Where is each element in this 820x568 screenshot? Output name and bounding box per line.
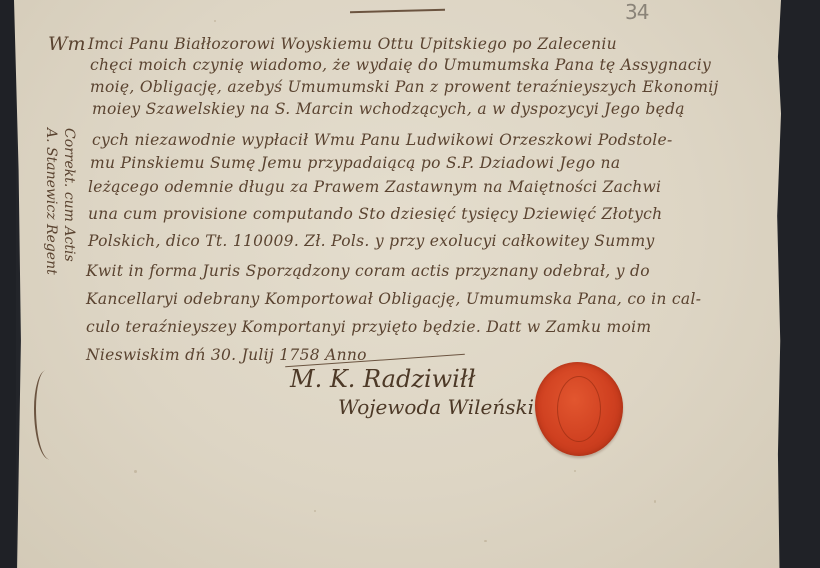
margin-note-line: Correkt. cum Actis: [60, 128, 78, 275]
paper-speck: [574, 470, 576, 472]
page-number: 34: [625, 0, 648, 24]
scan-backdrop-left: [0, 0, 16, 568]
paper-speck: [314, 510, 316, 512]
salutation: Wm: [48, 33, 86, 55]
text-line: Nieswiskim dń 30. Julij 1758 Anno: [86, 346, 367, 364]
scan-backdrop-right: [779, 0, 820, 568]
text-line: chęci moich czynię wiadomo, że wydaię do…: [90, 56, 711, 74]
paper-speck: [134, 470, 137, 473]
paper-speck: [484, 540, 487, 542]
margin-note: Correkt. cum Actis A. Stanewicz Regent: [42, 128, 78, 275]
signature-name: M. K. Radziwiłł: [290, 365, 475, 393]
text-line: culo teraźnieyszey Komportanyi przyięto …: [86, 318, 651, 336]
text-line: leżącego odemnie długu za Prawem Zastawn…: [88, 178, 661, 196]
paper-speck: [654, 500, 656, 503]
text-line: Imci Panu Białłozorowi Woyskiemu Ottu Up…: [88, 35, 617, 53]
text-line: Kwit in forma Juris Sporządzony coram ac…: [86, 262, 650, 280]
margin-note-line: A. Stanewicz Regent: [42, 128, 60, 275]
text-line: moię, Obligację, azebyś Umumumski Pan z …: [90, 78, 719, 96]
text-line: una cum provisione computando Sto dziesi…: [88, 205, 662, 223]
seal-impression: [557, 376, 601, 442]
signature-title: Wojewoda Wileński: [338, 395, 534, 419]
text-line: Polskich, dico Tt. 110009. Zł. Pols. y p…: [88, 232, 655, 250]
text-line: Kancellaryi odebrany Komportował Obligac…: [86, 290, 701, 308]
red-wax-seal: [535, 362, 623, 456]
text-line: cych niezawodnie wypłacił Wmu Panu Ludwi…: [92, 131, 673, 149]
text-line: moiey Szawelskiey na S. Marcin wchodzący…: [92, 100, 685, 118]
text-line: mu Pinskiemu Sumę Jemu przypadaiącą po S…: [90, 154, 620, 172]
paper-speck: [214, 20, 216, 22]
